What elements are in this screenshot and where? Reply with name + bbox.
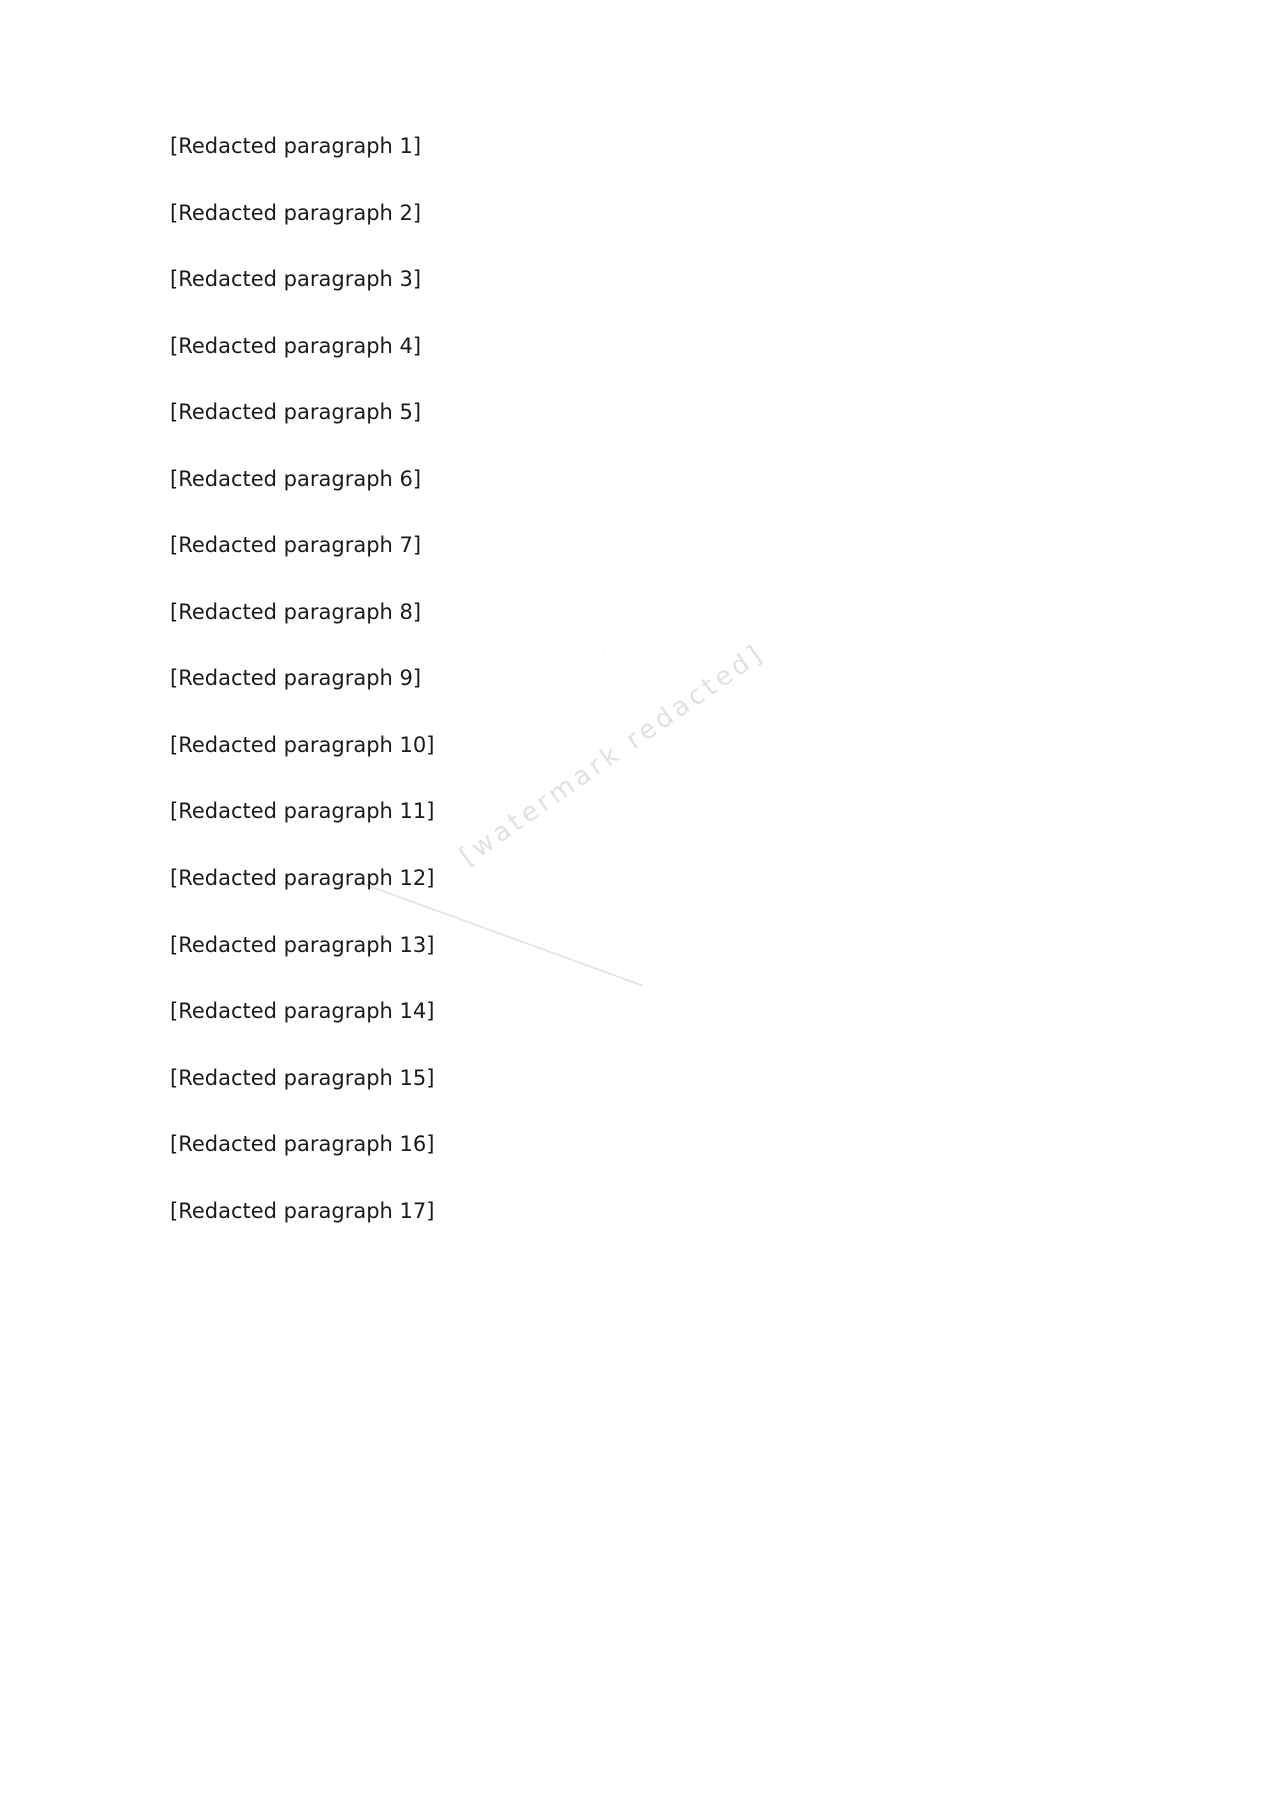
paragraph: [Redacted paragraph 3] — [170, 263, 1110, 296]
paragraph: [Redacted paragraph 12] — [170, 862, 1110, 895]
paragraph: [Redacted paragraph 9] — [170, 662, 1110, 695]
text-body: [Redacted paragraph 1][Redacted paragrap… — [170, 130, 1110, 1261]
paragraph: [Redacted paragraph 8] — [170, 596, 1110, 629]
paragraph: [Redacted paragraph 16] — [170, 1128, 1110, 1161]
paragraph: [Redacted paragraph 15] — [170, 1062, 1110, 1095]
paragraph: [Redacted paragraph 1] — [170, 130, 1110, 163]
paragraph: [Redacted paragraph 11] — [170, 795, 1110, 828]
paragraph: [Redacted paragraph 5] — [170, 396, 1110, 429]
paragraph: [Redacted paragraph 13] — [170, 929, 1110, 962]
paragraph: [Redacted paragraph 4] — [170, 330, 1110, 363]
paragraph: [Redacted paragraph 2] — [170, 197, 1110, 230]
paragraph: [Redacted paragraph 10] — [170, 729, 1110, 762]
paragraph: [Redacted paragraph 14] — [170, 995, 1110, 1028]
paragraph: [Redacted paragraph 17] — [170, 1195, 1110, 1228]
paragraph: [Redacted paragraph 7] — [170, 529, 1110, 562]
paragraph: [Redacted paragraph 6] — [170, 463, 1110, 496]
document-page: [Redacted paragraph 1][Redacted paragrap… — [0, 0, 1280, 1810]
